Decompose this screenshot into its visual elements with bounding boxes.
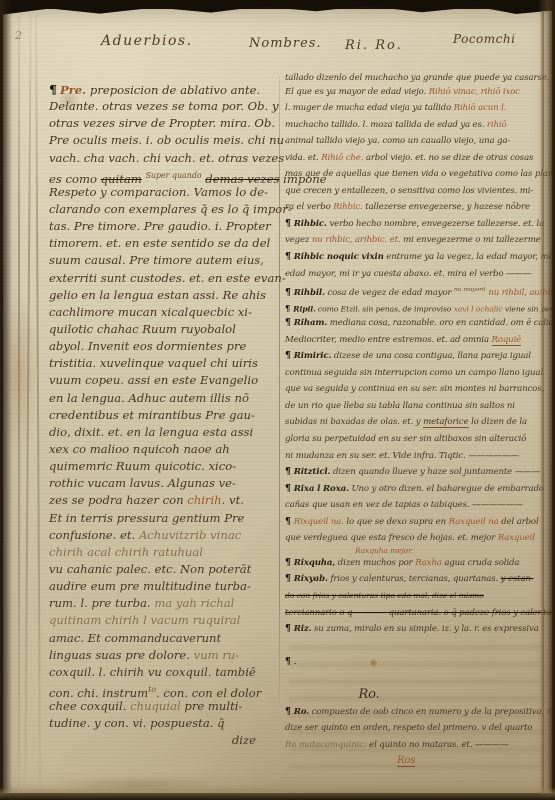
text-segment: preposicion de ablativo ante. (86, 83, 260, 97)
running-head-letter-range: Ri. Ro. (345, 38, 403, 53)
text-segment: Ro matacamquinic: (285, 740, 367, 750)
manuscript-line: ¶Rimiric. dizese de una cosa contigua, l… (285, 348, 552, 365)
text-segment: mas que de aquellas que tienen vida o ve… (285, 169, 552, 179)
manuscript-line: timorem. et. en este sentido se da del (49, 235, 278, 252)
manuscript-line: tudine. y con. vi. pospuesta. q̄ (49, 715, 278, 732)
text-segment: vach. cha vach. chi vach. et. otras veze… (49, 151, 284, 165)
text-segment: Raxha (415, 558, 442, 568)
text-segment: Ripil. (293, 304, 315, 313)
text-segment: tas. Pre timore. Pre gaudio. i. Propter (49, 219, 271, 233)
text-segment: tudine. y con. vi. pospuesta. q̄ (49, 716, 225, 730)
text-segment: vu cahanic palec. etc. Non poterāt (49, 562, 251, 576)
manuscript-line: ¶Rixqueil na. lo que se dexo supra en Ra… (285, 514, 552, 531)
text-segment: chirih acal chirih ratuhual (49, 545, 203, 559)
text-segment: vuum copeu. assi en este Evangelio (49, 373, 258, 387)
paragraph-mark-icon: ¶ (285, 516, 291, 527)
manuscript-line: tristitia. xuvelinque vaquel chi uiris (49, 355, 278, 372)
text-segment: zes se podra hazer con (49, 493, 187, 507)
text-segment: lo que se dexo supra en (344, 517, 449, 527)
text-segment: quimemric Ruum quicotic. xico- (49, 459, 236, 473)
manuscript-line (285, 671, 552, 688)
paragraph-mark-icon: ¶ (285, 573, 291, 584)
manuscript-line: con. chi. instrumto. con. con el dolor (49, 681, 278, 698)
text-segment: vum ru- (194, 648, 240, 662)
manuscript-line: abyol. Invenit eos dormientes pre (49, 338, 278, 355)
text-segment: verbo hecho nombre, envegezerse tallezer… (327, 219, 544, 229)
manuscript-line: ¶. (285, 654, 552, 671)
text-segment: to (148, 685, 156, 694)
manuscript-line: dize ser quinto en orden, respeto del pr… (285, 720, 552, 737)
text-segment: linguas suas pre dolore. (49, 648, 194, 662)
text-segment: Raxquha mejor. (355, 546, 413, 555)
text-segment: que crecen y entallezen, o sensitiva com… (285, 186, 533, 196)
manuscript-line: vach. cha vach. chi vach. et. otras veze… (49, 150, 278, 167)
manuscript-line: animal tallido viejo ya. como un cauallo… (285, 133, 552, 150)
manuscript-page: 2 Aduerbios. Nombres. Ri. Ro. Pocomchi ¶… (3, 9, 552, 793)
paragraph-mark-icon: ¶ (285, 623, 291, 634)
manuscript-line: de un rio que lleba su tabla llana conti… (285, 398, 552, 415)
text-segment: que verdeguea que esta fresco de hojas. … (285, 533, 498, 543)
manuscript-line: ¶Pre. preposicion de ablativo ante. (49, 81, 278, 98)
manuscript-line: ¶Rixa l Roxa. Uno y otro dizen. el bahar… (285, 481, 552, 498)
manuscript-line: es como quitam Super quando demas vezes … (49, 167, 278, 184)
text-segment: otras vezes sirve de Propter. mira. Ob. (49, 116, 275, 130)
catchword: Ros (285, 753, 552, 770)
manuscript-line: ra el verbo Rihbic. tallezerse envegezer… (285, 199, 552, 216)
text-segment: chuquial (130, 699, 181, 713)
text-segment: y estan- (501, 574, 534, 584)
text-segment: Ros (397, 755, 415, 767)
text-segment: confusione. et. (49, 528, 139, 542)
text-segment: Rixa l Roxa. (294, 484, 349, 494)
text-segment: coxquil. l. chirih vu coxquil. tambiē (49, 665, 256, 679)
text-segment: cosa de vegez de edad mayor (325, 288, 454, 298)
paragraph-mark-icon: ¶ (285, 251, 291, 262)
manuscript-line: audire eum pre multitudine turba- (49, 578, 278, 595)
text-segment: el quinto no mataras. et. ———— (367, 740, 509, 750)
text-segment: quitinam chirih l vacum ruquiral (49, 613, 240, 627)
text-segment: metaforice (423, 417, 468, 428)
manuscript-line: subidas ni baxadas de olas. et. y metafo… (285, 414, 552, 431)
manuscript-line: vu cahanic palec. etc. Non poterāt (49, 561, 278, 578)
text-segment: Delante. otras vezes se toma por. Ob. y (49, 99, 279, 113)
manuscript-line: dio, dixit. et. en la lengua esta assi (49, 424, 278, 441)
manuscript-line: zes se podra hazer con chirih. vt. (49, 492, 278, 509)
text-segment: . vt. (222, 493, 244, 507)
manuscript-line: ni mudanza en su ser. et. Vide infra. Ti… (285, 448, 552, 465)
text-segment: Rixquha, (294, 558, 335, 568)
manuscript-line: coxquil. l. chirih vu coxquil. tambiē (49, 664, 278, 681)
text-segment: Riz. (294, 624, 312, 634)
text-segment: Roquiē (492, 335, 522, 346)
text-segment: gelio en la lengua estan assi. Re ahis (49, 288, 266, 302)
text-segment: Rihbic noquic vixin (294, 252, 384, 262)
text-segment: Et in terris pressura gentium Pre (49, 511, 244, 525)
text-segment: Mediocriter, medio entre estremos. et. a… (285, 335, 492, 345)
manuscript-line: ¶Riz. su zuma, miralo en su simple. iz. … (285, 621, 552, 638)
text-segment: El que es ya mayor de edad viejo. (285, 87, 429, 97)
text-segment: rothic vucam lavus. Algunas ve- (49, 476, 236, 490)
text-segment: tallezerse envegezerse, y hazese nōbre (363, 202, 530, 212)
text-segment: l. muger de mucha edad vieja ya tallido (285, 103, 454, 113)
text-segment: Rihbic. (294, 219, 327, 229)
text-segment: xex co malioo nquicoh naoe ah (49, 442, 230, 456)
text-segment: entrame ya la vegez, la edad mayor, mi (384, 252, 551, 262)
text-segment: edad mayor, mi ir ya cuesta abaxo. et. m… (285, 269, 531, 279)
manuscript-line: linguas suas pre dolore. vum ru- (49, 647, 278, 664)
manuscript-line: Raxquha mejor. (285, 547, 552, 555)
paragraph-mark-icon: ¶ (285, 218, 291, 229)
manuscript-line: ¶Riham. mediana cosa, razonable. oro en … (285, 315, 552, 332)
manuscript-line: chirih acal chirih ratuhual (49, 544, 278, 561)
running-head-adverbios: Aduerbios. (101, 33, 193, 49)
text-segment: continua seguida sin interrupcion como u… (285, 368, 543, 378)
right-column: tallado dizenlo del muchacho ya grande q… (285, 67, 552, 770)
paragraph-mark-icon: ¶ (285, 466, 291, 477)
paragraph-mark-icon: ¶ (285, 557, 291, 568)
text-segment: frios y calenturas, tercianas, quartanas… (328, 574, 501, 584)
text-segment: compuesto de oob cinco en numero y de la… (309, 707, 552, 717)
paragraph-mark-icon: ¶ (285, 350, 291, 361)
text-segment: ma yah richal (154, 596, 234, 610)
text-segment: del arbol (499, 517, 539, 527)
manuscript-line: gelio en la lengua estan assi. Re ahis (49, 287, 278, 304)
text-segment: dizese de una cosa contigua, llana parej… (331, 351, 530, 361)
manuscript-line: quitinam chirih l vacum ruquiral (49, 612, 278, 629)
text-segment: Uno y otro dizen. el baharegue de embarr… (349, 484, 544, 494)
text-segment: como Etzil. sin penas, de improviso (316, 304, 454, 313)
manuscript-line: en la lengua. Adhuc autem illis nō (49, 390, 278, 407)
manuscript-line (285, 638, 552, 655)
text-segment: ni mudanza en su ser. et. Vide infra. Ti… (285, 451, 519, 461)
manuscript-line: otras vezes sirve de Propter. mira. Ob. (49, 115, 278, 132)
text-segment: Rihiō vinac, rihiō ixoc (429, 87, 520, 97)
manuscript-line: Et in terris pressura gentium Pre (49, 510, 278, 527)
text-segment: de un rio que lleba su tabla llana conti… (285, 401, 515, 411)
text-segment: Ro. (358, 687, 379, 702)
paragraph-mark-icon: ¶ (285, 706, 291, 717)
text-segment: Riham. (294, 318, 327, 328)
paragraph-mark-icon: ¶ (49, 82, 57, 97)
scan-right-edge (538, 0, 555, 800)
manuscript-line: l. muger de mucha edad vieja ya tallido … (285, 100, 552, 117)
manuscript-line: amac. Et commanducaverunt (49, 630, 278, 647)
text-segment: Pre oculis meis. i. ob oculis meis. chi … (49, 133, 284, 147)
manuscript-line: muchacho tallido. l. moza tallida de eda… (285, 117, 552, 134)
text-segment: Rixyab. (294, 574, 328, 584)
manuscript-line: Respeto y comparacion. Vamos lo de- (49, 184, 278, 201)
manuscript-line: vegez nu rihbic, arihbic. et. mi envegez… (285, 232, 552, 249)
paragraph-mark-icon: ¶ (285, 287, 291, 298)
text-segment: credentibus et mirantibus Pre gau- (49, 408, 255, 422)
text-segment: dizen muchos por (335, 558, 415, 568)
text-segment: clarando con exemplares q̄ es lo q̄ impo… (49, 202, 292, 216)
text-segment: gloria su perpetuidad en su ser sin alti… (285, 434, 526, 444)
manuscript-line: que verdeguea que esta fresco de hojas. … (285, 530, 552, 547)
manuscript-line: ¶Rihbic noquic vixin entrame ya la vegez… (285, 249, 552, 266)
text-segment: su zuma, miralo en su simple. iz. y la. … (311, 624, 538, 634)
manuscript-line: quimemric Ruum quicotic. xico- (49, 458, 278, 475)
text-segment: tristitia. xuvelinque vaquel chi uiris (49, 356, 258, 370)
manuscript-line: gloria su perpetuidad en su ser sin alti… (285, 431, 552, 448)
text-segment: Rihiō che. (321, 153, 363, 163)
text-segment: dio, dixit. et. en la lengua esta assi (49, 425, 253, 439)
manuscript-line: edad mayor, mi ir ya cuesta abaxo. et. m… (285, 266, 552, 283)
manuscript-line: tallado dizenlo del muchacho ya grande q… (285, 67, 552, 84)
section-heading: Ro. (285, 687, 552, 704)
text-segment: Rihbil. (294, 288, 325, 298)
text-segment: amac. Et commanducaverunt (49, 631, 221, 645)
text-segment: cañas que usan en vez de tapias o tabiqu… (285, 500, 523, 510)
text-segment: Rixqueil na. (294, 517, 344, 527)
manuscript-line: ¶Rihbic. verbo hecho nombre, envegezerse… (285, 216, 552, 233)
text-segment: Pre. (60, 83, 86, 97)
text-segment: ra el verbo (285, 202, 333, 212)
folio-mark: 2 (15, 29, 22, 42)
manuscript-line: ¶Ripil. como Etzil. sin penas, de improv… (285, 299, 552, 316)
paragraph-mark-icon: ¶ (285, 483, 291, 494)
manuscript-line: El que es ya mayor de edad viejo. Rihiō … (285, 84, 552, 101)
manuscript-line: quilotic chahac Ruum ruyobalol (49, 321, 278, 338)
manuscript-line: exterriti sunt custodes. et. en este eva… (49, 270, 278, 287)
text-segment: Respeto y comparacion. Vamos lo de- (49, 185, 268, 199)
manuscript-line: cachlimore mucan xicalquecbic xi- (49, 304, 278, 321)
manuscript-line: vida. et. Rihiō che. arbol viejo. et. no… (285, 150, 552, 167)
text-segment: que va seguida y continua en su ser. sin… (285, 384, 544, 394)
manuscript-line: do con frios y calenturas tipo edo mal, … (285, 588, 552, 605)
manuscript-line: xex co malioo nquicoh naoe ah (49, 441, 278, 458)
paragraph-mark-icon: ¶ (285, 303, 290, 313)
text-segment: subidas ni baxadas de olas. et. y (285, 417, 423, 427)
text-segment: Ritzticl. (294, 467, 331, 477)
text-segment: Rihbic. (333, 202, 363, 212)
manuscript-line: suum causal. Pre timore autem eius, (49, 252, 278, 269)
manuscript-line: que va seguida y continua en su ser. sin… (285, 381, 552, 398)
manuscript-line: Pre oculis meis. i. ob oculis meis. chi … (49, 132, 278, 149)
manuscript-line: Ro matacamquinic: el quinto no mataras. … (285, 737, 552, 754)
text-segment: Raxqueil (498, 533, 535, 543)
scan-left-edge (0, 0, 12, 800)
text-segment: chirih (187, 493, 221, 507)
text-segment: Ro. (294, 707, 309, 717)
text-segment: cachlimore mucan xicalquecbic xi- (49, 305, 252, 319)
text-segment: rum. l. pre turba. (49, 596, 154, 610)
text-segment: Raxqueil na (449, 517, 499, 527)
text-segment: . (294, 657, 297, 667)
text-segment: dizen quando llueve y haze sol juntament… (330, 467, 540, 477)
text-segment: mediana cosa, razonable. oro en cantidad… (327, 318, 552, 328)
text-segment: vida. et. (285, 153, 321, 163)
running-head-language: Pocomchi (453, 32, 515, 46)
manuscript-line: Delante. otras vezes se toma por. Ob. y (49, 98, 278, 115)
text-segment: Rihiō acun l. (454, 103, 507, 113)
text-segment: agua cruda solida (442, 558, 520, 568)
text-segment: vegez (285, 235, 312, 245)
text-segment: rihiō (487, 120, 507, 130)
manuscript-line: ¶Rixquha, dizen muchos por Raxha agua cr… (285, 555, 552, 572)
fold-shadow (58, 749, 258, 791)
paragraph-mark-icon: ¶ (285, 656, 291, 667)
manuscript-scan: 2 Aduerbios. Nombres. Ri. Ro. Pocomchi ¶… (0, 0, 555, 800)
text-segment: abyol. Invenit eos dormientes pre (49, 339, 246, 353)
text-segment: muchacho tallido. l. moza tallida de eda… (285, 120, 487, 130)
text-segment: animal tallido viejo ya. como un cauallo… (285, 136, 510, 146)
text-segment: do con frios y calenturas tipo edo mal, … (285, 591, 484, 600)
manuscript-line: ¶Rihbil. cosa de vegez de edad mayor nu … (285, 282, 552, 299)
manuscript-line: vuum copeu. assi en este Evangelio (49, 372, 278, 389)
manuscript-line: ¶Rixyab. frios y calenturas, tercianas, … (285, 571, 552, 588)
text-segment: dize (232, 733, 256, 747)
paragraph-mark-icon: ¶ (285, 317, 291, 328)
text-segment: terciannario o q———— quartanaria. o q̄ p… (285, 608, 552, 618)
text-segment: nu mayoril (454, 287, 486, 293)
manuscript-line: ¶Ro. compuesto de oob cinco en numero y … (285, 704, 552, 721)
manuscript-line: cañas que usan en vez de tapias o tabiqu… (285, 497, 552, 514)
manuscript-line: mas que de aquellas que tienen vida o ve… (285, 166, 552, 183)
manuscript-line: que crecen y entallezen, o sensitiva com… (285, 183, 552, 200)
text-segment: quilotic chahac Ruum ruyobalol (49, 322, 236, 336)
manuscript-line: Mediocriter, medio entre estremos. et. a… (285, 332, 552, 349)
text-segment: Achuvitzrib vinac (139, 528, 241, 542)
text-segment: dize ser quinto en orden, respeto del pr… (285, 723, 532, 733)
text-segment: nu rihbic, arihbic. et. (312, 235, 401, 245)
text-segment: en la lengua. Adhuc autem illis nō (49, 391, 249, 405)
manuscript-line: credentibus et mirantibus Pre gau- (49, 407, 278, 424)
catchword: dize (49, 732, 278, 749)
text-segment: xavi l ochalic (454, 304, 503, 313)
manuscript-line: chee coxquil. chuquial pre multi- (49, 698, 278, 715)
manuscript-line: clarando con exemplares q̄ es lo q̄ impo… (49, 201, 278, 218)
column-divider-rule (279, 75, 280, 703)
text-segment: suum causal. Pre timore autem eius, (49, 253, 264, 267)
text-segment: audire eum pre multitudine turba- (49, 579, 251, 593)
running-head-nombres: Nombres. (249, 36, 322, 51)
manuscript-line: ¶Ritzticl. dizen quando llueve y haze so… (285, 464, 552, 481)
text-segment: lo dizen de la (469, 417, 527, 427)
manuscript-line: continua seguida sin interrupcion como u… (285, 365, 552, 382)
manuscript-line: confusione. et. Achuvitzrib vinac (49, 527, 278, 544)
text-segment: arbol viejo. et. no se dize de otras cos… (363, 153, 533, 163)
text-segment: exterriti sunt custodes. et. en este eva… (49, 271, 286, 285)
binding-crease (18, 15, 20, 787)
manuscript-line: rum. l. pre turba. ma yah richal (49, 595, 278, 612)
manuscript-line: terciannario o q———— quartanaria. o q̄ p… (285, 605, 552, 622)
text-segment: tallado dizenlo del muchacho ya grande q… (285, 73, 552, 83)
text-segment: mi envegezerme o mi tallezerme (400, 235, 540, 245)
text-segment: Super quando (146, 171, 202, 180)
manuscript-line: rothic vucam lavus. Algunas ve- (49, 475, 278, 492)
text-segment: pre multi- (181, 699, 243, 713)
left-column: ¶Pre. preposicion de ablativo ante.Delan… (49, 81, 278, 749)
text-segment: chee coxquil. (49, 699, 130, 713)
scan-bottom-edge (0, 787, 555, 800)
text-segment: Rimiric. (294, 351, 332, 361)
text-segment: timorem. et. en este sentido se da del (49, 236, 270, 250)
manuscript-line: tas. Pre timore. Pre gaudio. i. Propter (49, 218, 278, 235)
